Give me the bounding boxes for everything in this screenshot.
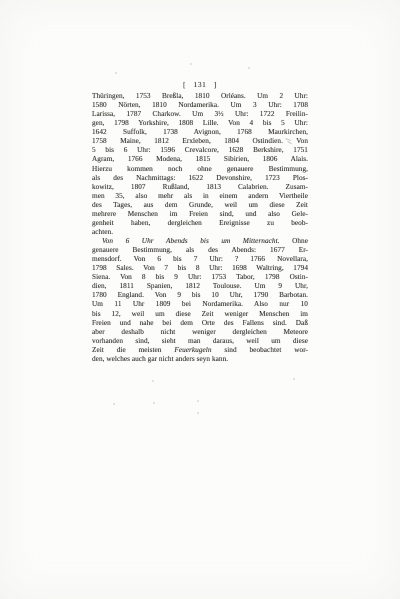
text-segment: dien, 1811 Spanien, 1812 Toulouse. Um 9 … bbox=[92, 282, 308, 290]
text-segment: genauere Bestimmung, als des Abends: 167… bbox=[92, 246, 308, 254]
text-segment: des Tages, aus dem Grunde, weil um diese… bbox=[92, 201, 308, 209]
text-line: Hierzu kommen noch ohne genauere Bestimm… bbox=[92, 165, 308, 174]
paragraph: Thüringen, 1753 Breßla, 1810 Orléans. Um… bbox=[92, 92, 308, 237]
text-segment: sind beobachtet wor- bbox=[212, 346, 308, 354]
text-block: Thüringen, 1753 Breßla, 1810 Orléans. Um… bbox=[92, 92, 308, 364]
text-line: mehrere Menschen im Freien sind, und als… bbox=[92, 210, 308, 219]
text-segment: als des Nachmittags: 1622 Devonshire, 17… bbox=[92, 174, 308, 182]
paper-speck bbox=[95, 332, 97, 334]
text-segment: Larissa, 1787 Charkow. Um 3½ Uhr: 1722 F… bbox=[92, 110, 308, 118]
text-segment: vorhanden sind, sieht man daraus, weil u… bbox=[92, 337, 308, 345]
text-line: achten. bbox=[92, 228, 308, 237]
text-line: Thüringen, 1753 Breßla, 1810 Orléans. Um… bbox=[92, 92, 308, 101]
text-segment: Ohne bbox=[280, 237, 308, 245]
paragraph: Von 6 Uhr Abends bis um Mitternacht. Ohn… bbox=[92, 237, 308, 364]
text-segment: 1780 England. Von 9 bis 10 Uhr, 1790 Bar… bbox=[92, 291, 308, 299]
text-segment: mehrere Menschen im Freien sind, und als… bbox=[92, 210, 308, 218]
text-segment: genheit haben, dergleichen Ereignisse zu… bbox=[92, 219, 308, 227]
text-line: mensdorf. Von 6 bis 7 Uhr: ? 1766 Novell… bbox=[92, 255, 308, 264]
text-line: genheit haben, dergleichen Ereignisse zu… bbox=[92, 219, 308, 228]
text-segment: 1758 Maine, 1812 Erxleben, 1804 Ostindie… bbox=[92, 137, 308, 145]
text-line: als des Nachmittags: 1622 Devonshire, 17… bbox=[92, 174, 308, 183]
text-line: Siena. Von 8 bis 9 Uhr: 1753 Tabor, 1798… bbox=[92, 273, 308, 282]
text-line: 1580 Nörten, 1810 Nordamerika. Um 3 Uhr:… bbox=[92, 101, 308, 110]
text-line: genauere Bestimmung, als des Abends: 167… bbox=[92, 246, 308, 255]
text-line: Larissa, 1787 Charkow. Um 3½ Uhr: 1722 F… bbox=[92, 110, 308, 119]
text-line: Freien und nahe bei dem Orte des Fallens… bbox=[92, 319, 308, 328]
paper-speck bbox=[190, 63, 192, 65]
text-line: aber deshalb nicht weniger dergleichen M… bbox=[92, 328, 308, 337]
text-segment: Freien und nahe bei dem Orte des Fallens… bbox=[92, 319, 308, 327]
text-line: Zeit die meisten Feuerkugeln sind beobac… bbox=[92, 346, 308, 355]
text-segment: mensdorf. Von 6 bis 7 Uhr: ? 1766 Novell… bbox=[92, 255, 308, 263]
text-line: vorhanden sind, sieht man daraus, weil u… bbox=[92, 337, 308, 346]
text-segment: 1580 Nörten, 1810 Nordamerika. Um 3 Uhr:… bbox=[92, 101, 308, 109]
paper-speck bbox=[153, 402, 155, 404]
italic-text-segment: Von 6 Uhr Abends bis um Mitternacht. bbox=[102, 237, 280, 245]
text-segment: aber deshalb nicht weniger dergleichen M… bbox=[92, 328, 308, 336]
page-number-header: [ 131 ] bbox=[92, 80, 308, 90]
text-line: bis 12, weil um diese Zeit weniger Mensc… bbox=[92, 310, 308, 319]
text-segment: Siena. Von 8 bis 9 Uhr: 1753 Tabor, 1798… bbox=[92, 273, 308, 281]
paper-speck bbox=[197, 412, 199, 414]
paper-speck bbox=[115, 72, 117, 74]
text-segment: men 35, also mehr als in einem andern Vi… bbox=[92, 192, 308, 200]
text-line: den, welches auch gar nicht anders seyn … bbox=[92, 355, 308, 364]
text-line: Um 11 Uhr 1809 bei Nordamerika. Also nur… bbox=[92, 300, 308, 309]
italic-text-segment: Feuerkugeln bbox=[174, 346, 211, 354]
text-line: kowitz, 1807 Rußland, 1813 Calabrien. Zu… bbox=[92, 183, 308, 192]
paper-speck bbox=[248, 67, 250, 69]
text-line: des Tages, aus dem Grunde, weil um diese… bbox=[92, 201, 308, 210]
margin-pencil-mark bbox=[283, 137, 295, 148]
paper-speck bbox=[152, 380, 154, 382]
text-segment: den, welches auch gar nicht anders seyn … bbox=[92, 355, 228, 363]
paper-speck bbox=[113, 403, 115, 405]
book-page: [ 131 ] Thüringen, 1753 Breßla, 1810 Orl… bbox=[0, 0, 400, 599]
text-segment: gen, 1798 Yorkshire, 1808 Lille. Von 4 b… bbox=[92, 119, 308, 127]
text-segment: Um 11 Uhr 1809 bei Nordamerika. Also nur… bbox=[92, 300, 308, 308]
text-line: 1798 Sales. Von 7 bis 8 Uhr: 1698 Waltri… bbox=[92, 264, 308, 273]
text-segment: Zeit die meisten bbox=[92, 346, 174, 354]
text-segment: Agram, 1766 Modena, 1815 Sibirien, 1806 … bbox=[92, 155, 308, 163]
text-line: gen, 1798 Yorkshire, 1808 Lille. Von 4 b… bbox=[92, 119, 308, 128]
paper-speck bbox=[197, 400, 199, 402]
text-segment: kowitz, 1807 Rußland, 1813 Calabrien. Zu… bbox=[92, 183, 308, 191]
text-segment: 1642 Suffolk, 1738 Avignon, 1768 Maurkir… bbox=[92, 128, 308, 136]
paper-speck bbox=[293, 378, 295, 380]
text-segment: 5 bis 6 Uhr: 1596 Crevalcore, 1628 Berks… bbox=[92, 146, 308, 154]
text-segment: 1798 Sales. Von 7 bis 8 Uhr: 1698 Waltri… bbox=[92, 264, 308, 272]
text-line: Agram, 1766 Modena, 1815 Sibirien, 1806 … bbox=[92, 155, 308, 164]
text-line: men 35, also mehr als in einem andern Vi… bbox=[92, 192, 308, 201]
text-line: Von 6 Uhr Abends bis um Mitternacht. Ohn… bbox=[92, 237, 308, 246]
text-segment: Thüringen, 1753 Breßla, 1810 Orléans. Um… bbox=[92, 92, 308, 100]
text-line: 1642 Suffolk, 1738 Avignon, 1768 Maurkir… bbox=[92, 128, 308, 137]
text-segment: achten. bbox=[92, 228, 113, 236]
text-segment: bis 12, weil um diese Zeit weniger Mensc… bbox=[92, 310, 308, 318]
text-segment: Hierzu kommen noch ohne genauere Bestimm… bbox=[92, 165, 308, 173]
